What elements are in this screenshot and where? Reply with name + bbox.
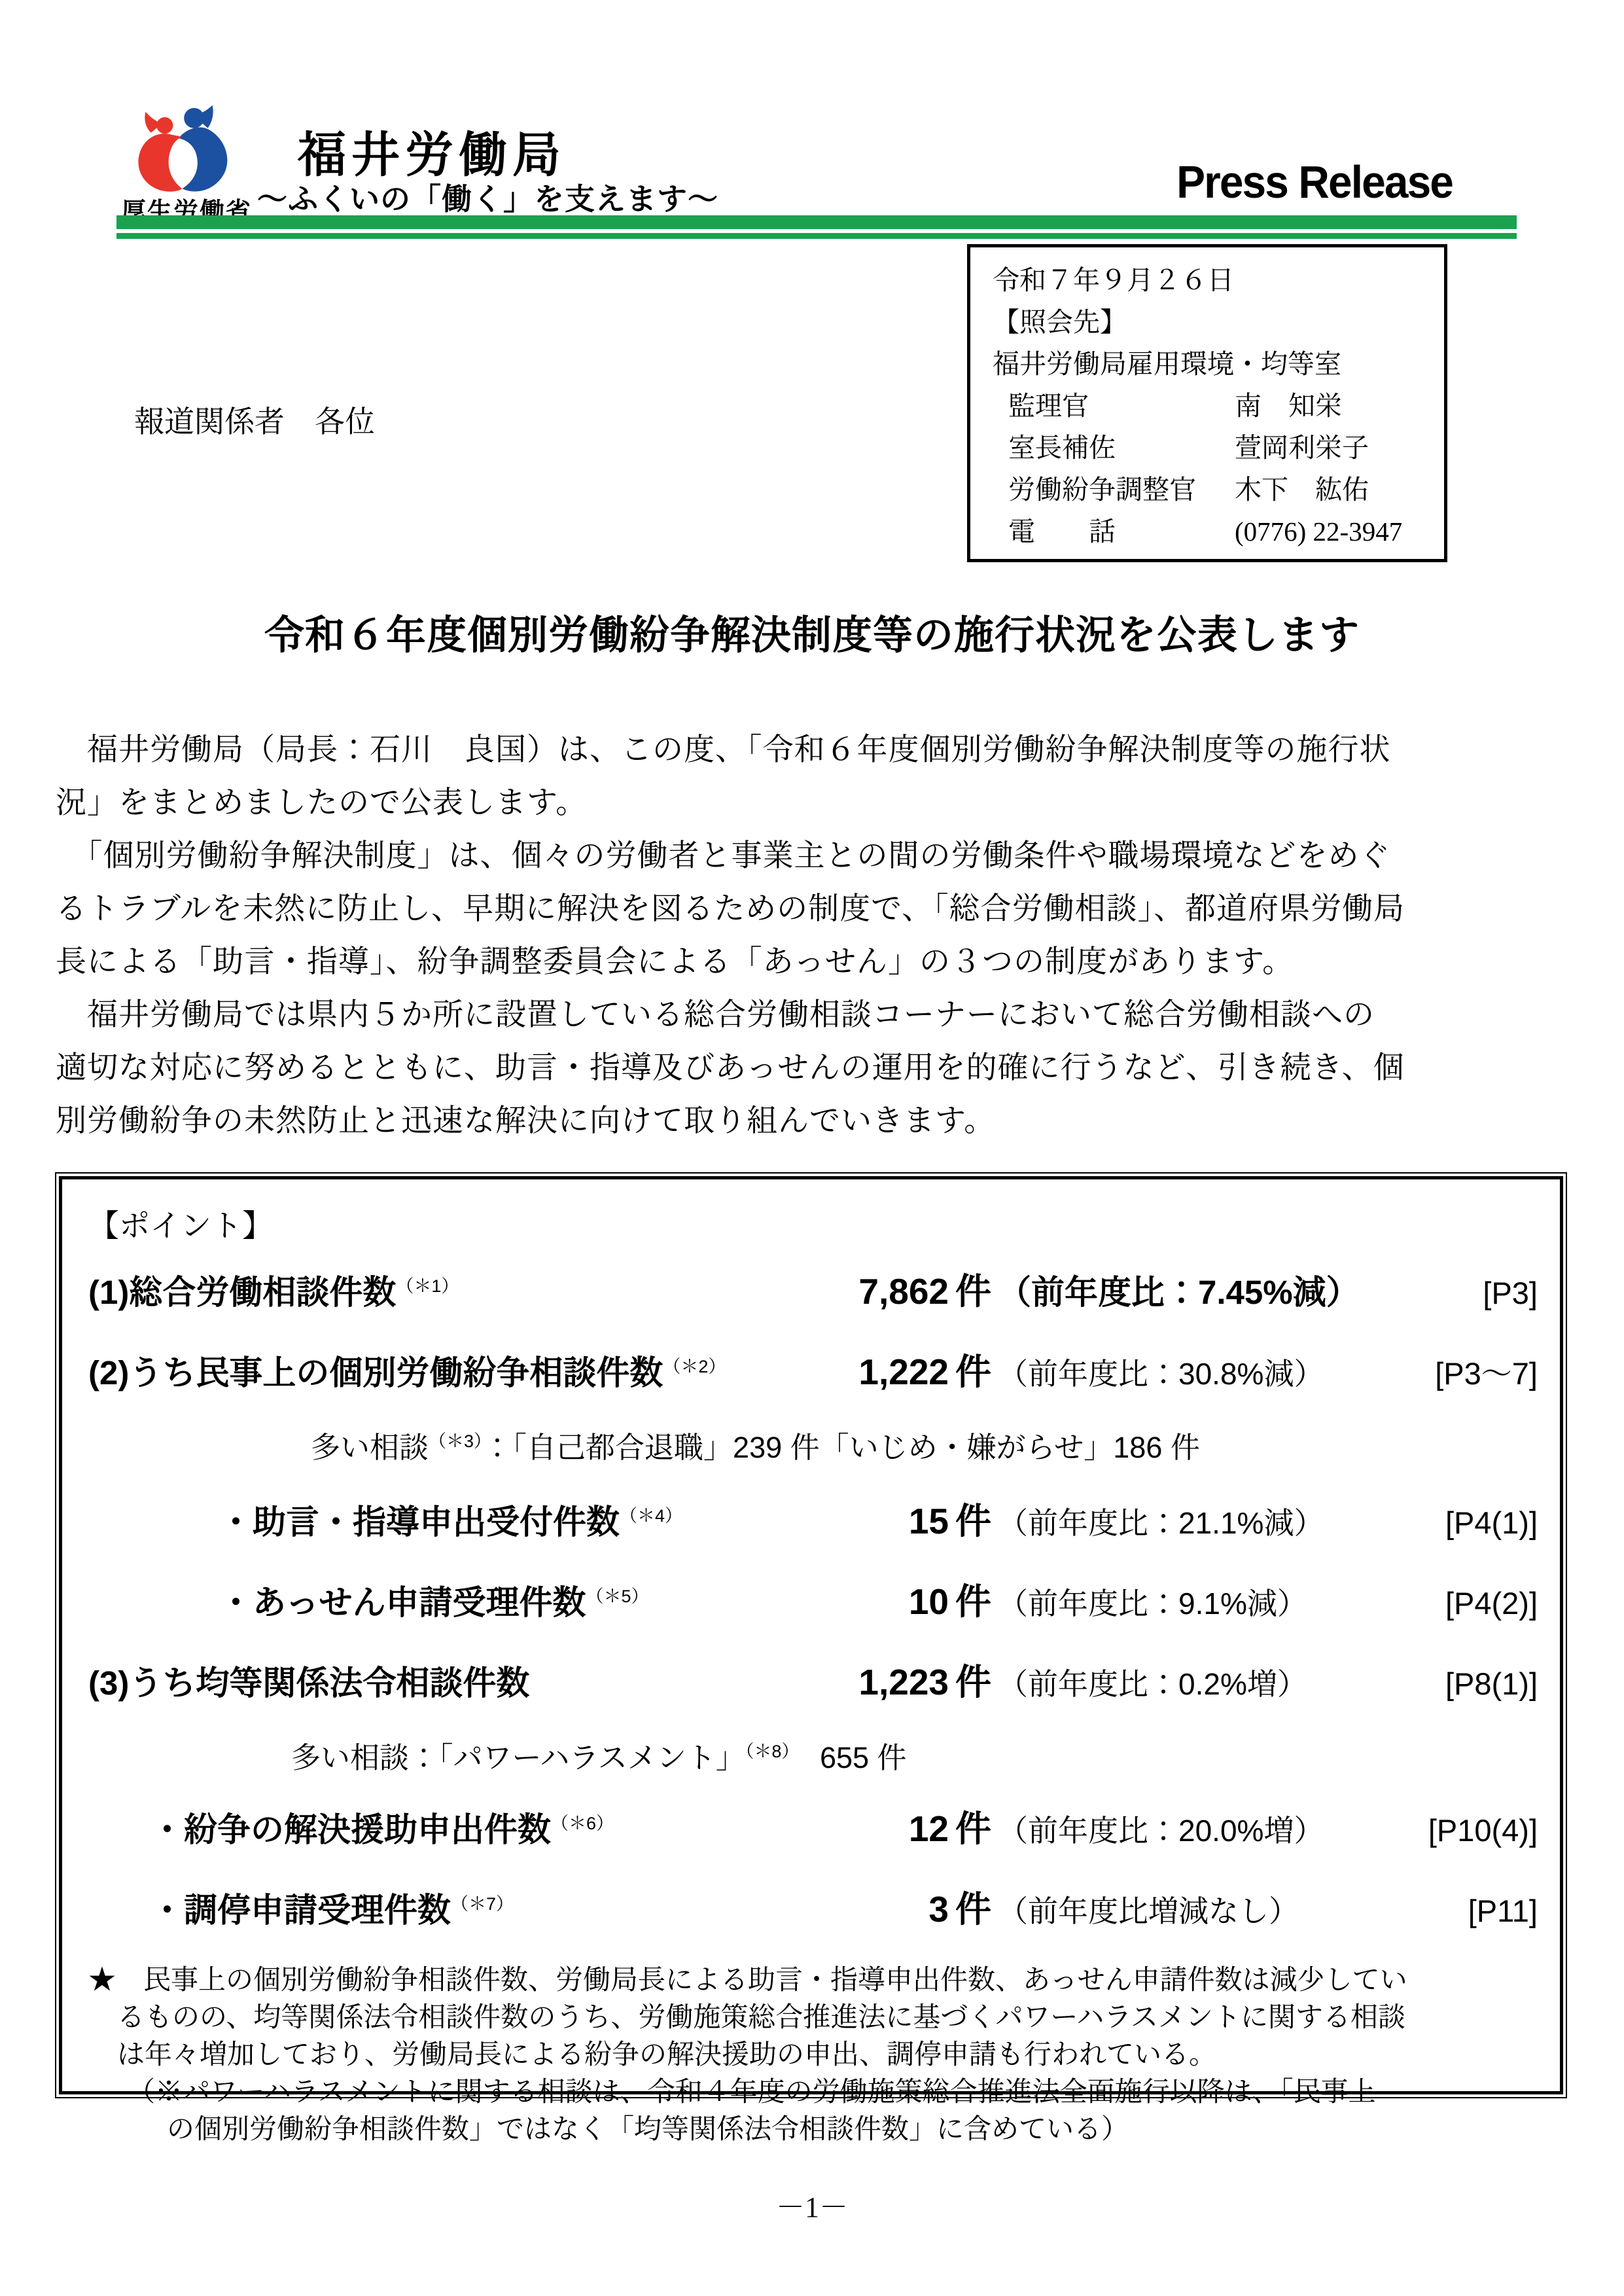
body-line: 福井労働局では県内５か所に設置している総合労働相談コーナーにおいて総合労働相談へ… xyxy=(56,989,1580,1042)
body-line: 「個別労働紛争解決制度」は、個々の労働者と事業主との間の労働条件や職場環境などを… xyxy=(56,830,1580,883)
stat-label: (2)うち民事上の個別労働紛争相談件数 xyxy=(88,1354,663,1391)
body-text: 福井労働局（局長：石川 良国）は、この度、「令和６年度個別労働紛争解決制度等の施… xyxy=(56,724,1580,1148)
subnote-power-harassment: 多い相談：「パワーハラスメント」（＊8） 655 件 xyxy=(291,1734,1538,1776)
body-line: るトラブルを未然に防止し、早期に解決を図るための制度で、「総合労働相談」、都道府… xyxy=(56,883,1580,936)
stat-label: ・助言・指導申出受付件数 xyxy=(219,1503,620,1541)
contact-row: 労働紛争調整官 木下 紘佑 xyxy=(993,469,1438,511)
stat-label: ・調停申請受理件数 xyxy=(150,1892,451,1929)
release-date: 令和７年９月２６日 xyxy=(993,259,1438,301)
contact-role: 監理官 xyxy=(993,385,1235,427)
stat-unit: 件 xyxy=(955,1501,991,1541)
contact-office: 福井労働局雇用環境・均等室 xyxy=(993,343,1438,385)
subnote-text: ：「自己都合退職」239 件「いじめ・嫌がらせ」186 件 xyxy=(483,1431,1200,1464)
stat-unit: 件 xyxy=(955,1581,991,1622)
summary-note-line: （※パワーハラスメントに関する相談は、令和４年度の労働施策総合推進法全面施行以降… xyxy=(88,2073,1538,2110)
stat-delta: （前年度比：21.1%減） xyxy=(998,1506,1324,1540)
body-line: 別労働紛争の未然防止と迅速な解決に向けて取り組んでいきます。 xyxy=(56,1095,1580,1148)
stat-delta: （前年度比：7.45%減） xyxy=(998,1274,1360,1311)
body-line: 適切な対応に努めるとともに、助言・指導及びあっせんの運用を的確に行うなど、引き続… xyxy=(56,1042,1580,1095)
stat-row-dispute-resolution-aid: ・紛争の解決援助申出件数（＊6） 12 件（前年度比：20.0%増） [P10(… xyxy=(88,1800,1538,1852)
footnote-marker: （＊5） xyxy=(586,1587,649,1606)
contact-phone-number: (0776) 22-3947 xyxy=(1235,511,1402,552)
summary-note: ★ 民事上の個別労働紛争相談件数、労働局長による助言・指導申出件数、あっせん申請… xyxy=(88,1961,1538,2147)
contact-row: 室長補佐 萱岡利栄子 xyxy=(993,427,1438,469)
summary-note-line: は年々増加しており、労働局長による紛争の解決援助の申出、調停申請も行われている。 xyxy=(88,2036,1538,2073)
contact-box: 令和７年９月２６日 【照会先】 福井労働局雇用環境・均等室 監理官 南 知栄 室… xyxy=(967,244,1447,562)
footnote-marker: （＊4） xyxy=(620,1506,682,1526)
stat-row-advice-guidance: ・助言・指導申出受付件数（＊4） 15 件（前年度比：21.1%減） [P4(1… xyxy=(88,1492,1538,1544)
contact-person: 木下 紘佑 xyxy=(1235,469,1369,511)
contact-person: 南 知栄 xyxy=(1235,385,1342,427)
stat-row-mediation-applications: ・あっせん申請受理件数（＊5） 10 件（前年度比：9.1%減） [P4(2)] xyxy=(88,1573,1538,1624)
stat-unit: 件 xyxy=(955,1271,991,1312)
page-ref: [P3] xyxy=(1483,1275,1538,1311)
stat-value: 10 xyxy=(795,1581,949,1623)
press-release-page: 厚生労働省 福井労働局 ～ふくいの「働く」を支えます～ Press Releas… xyxy=(0,0,1624,2296)
stat-delta: （前年度比：0.2%増） xyxy=(998,1667,1307,1701)
footnote-marker: （＊1） xyxy=(396,1276,459,1296)
contact-row: 電 話 (0776) 22-3947 xyxy=(993,511,1438,552)
contact-heading: 【照会先】 xyxy=(993,301,1438,343)
stat-label: ・紛争の解決援助申出件数 xyxy=(150,1811,551,1848)
page-ref: [P11] xyxy=(1468,1893,1538,1929)
stat-delta: （前年度比増減なし） xyxy=(998,1894,1299,1928)
subnote-text: 655 件 xyxy=(790,1741,907,1774)
addressee: 報道関係者 各位 xyxy=(134,398,375,441)
contact-role: 労働紛争調整官 xyxy=(993,469,1235,511)
stat-value: 3 xyxy=(795,1888,949,1930)
contact-row: 監理官 南 知栄 xyxy=(993,385,1438,427)
bureau-tagline: ～ふくいの「働く」を支えます～ xyxy=(257,175,718,219)
stat-value: 7,862 xyxy=(795,1270,949,1312)
body-line: 長による「助言・指導」、紛争調整委員会による「あっせん」の３つの制度があります。 xyxy=(56,936,1580,989)
stat-unit: 件 xyxy=(955,1662,991,1702)
footnote-marker: （＊2） xyxy=(663,1357,726,1376)
stat-row-civil-disputes: (2)うち民事上の個別労働紛争相談件数（＊2） 1,222 件（前年度比：30.… xyxy=(88,1343,1538,1395)
subnote-prefix: 多い相談 xyxy=(311,1431,429,1464)
page-ref: [P4(2)] xyxy=(1445,1585,1538,1621)
stat-unit: 件 xyxy=(955,1352,991,1392)
stat-value: 1,223 xyxy=(795,1661,949,1703)
subnote-top-consultations: 多い相談（＊3）：「自己都合退職」239 件「いじめ・嫌がらせ」186 件 xyxy=(311,1424,1538,1466)
page-ref: [P3～7] xyxy=(1435,1350,1538,1393)
subnote-prefix: 多い相談：「パワーハラスメント」 xyxy=(291,1741,745,1774)
stat-row-total-consultations: (1)総合労働相談件数（＊1） 7,862 件（前年度比：7.45%減） [P3… xyxy=(88,1263,1538,1314)
page-number: －1－ xyxy=(0,2183,1624,2225)
stat-row-conciliation-applications: ・調停申請受理件数（＊7） 3 件（前年度比増減なし） [P11] xyxy=(88,1880,1538,1932)
green-band-thick xyxy=(116,215,1517,229)
page-ref: [P10(4)] xyxy=(1428,1812,1538,1848)
contact-role: 電 話 xyxy=(993,511,1235,552)
stat-unit: 件 xyxy=(955,1889,991,1929)
stat-label: ・あっせん申請受理件数 xyxy=(219,1584,586,1621)
stat-value: 12 xyxy=(795,1808,949,1850)
contact-role: 室長補佐 xyxy=(993,427,1235,469)
page-ref: [P8(1)] xyxy=(1445,1666,1538,1702)
summary-note-line: るものの、均等関係法令相談件数のうち、労働施策総合推進法に基づくパワーハラスメン… xyxy=(88,1998,1538,2036)
footnote-marker: （＊7） xyxy=(451,1894,514,1914)
green-band-thin xyxy=(116,233,1517,239)
points-heading: 【ポイント】 xyxy=(88,1202,1538,1246)
mhlw-logo-icon xyxy=(131,103,241,195)
stat-value: 15 xyxy=(795,1500,949,1542)
footnote-marker: （＊8） xyxy=(745,1742,790,1761)
stat-delta: （前年度比：20.0%増） xyxy=(998,1814,1324,1848)
stat-label: (3)うち均等関係法令相談件数 xyxy=(88,1664,529,1702)
footnote-marker: （＊6） xyxy=(551,1814,614,1833)
stat-value: 1,222 xyxy=(795,1351,949,1393)
summary-note-line: ★ 民事上の個別労働紛争相談件数、労働局長による助言・指導申出件数、あっせん申請… xyxy=(88,1961,1538,1998)
summary-note-line: の個別労働紛争相談件数」ではなく「均等関係法令相談件数」に含めている） xyxy=(88,2110,1538,2147)
stat-delta: （前年度比：30.8%減） xyxy=(998,1357,1324,1391)
press-release-label: Press Release xyxy=(899,156,1453,208)
body-line: 況」をまとめましたので公表します。 xyxy=(56,777,1580,830)
contact-person: 萱岡利栄子 xyxy=(1235,427,1369,469)
points-box: 【ポイント】 (1)総合労働相談件数（＊1） 7,862 件（前年度比：7.45… xyxy=(59,1176,1563,2094)
stat-label: (1)総合労働相談件数 xyxy=(88,1274,396,1311)
footnote-marker: （＊3） xyxy=(429,1431,483,1451)
body-line: 福井労働局（局長：石川 良国）は、この度、「令和６年度個別労働紛争解決制度等の施… xyxy=(56,724,1580,777)
stat-unit: 件 xyxy=(955,1808,991,1849)
stat-row-equality-law: (3)うち均等関係法令相談件数 1,223 件（前年度比：0.2%増） [P8(… xyxy=(88,1653,1538,1705)
page-ref: [P4(1)] xyxy=(1445,1505,1538,1541)
page-title: 令和６年度個別労働紛争解決制度等の施行状況を公表します xyxy=(0,603,1624,660)
stat-delta: （前年度比：9.1%減） xyxy=(998,1587,1307,1621)
